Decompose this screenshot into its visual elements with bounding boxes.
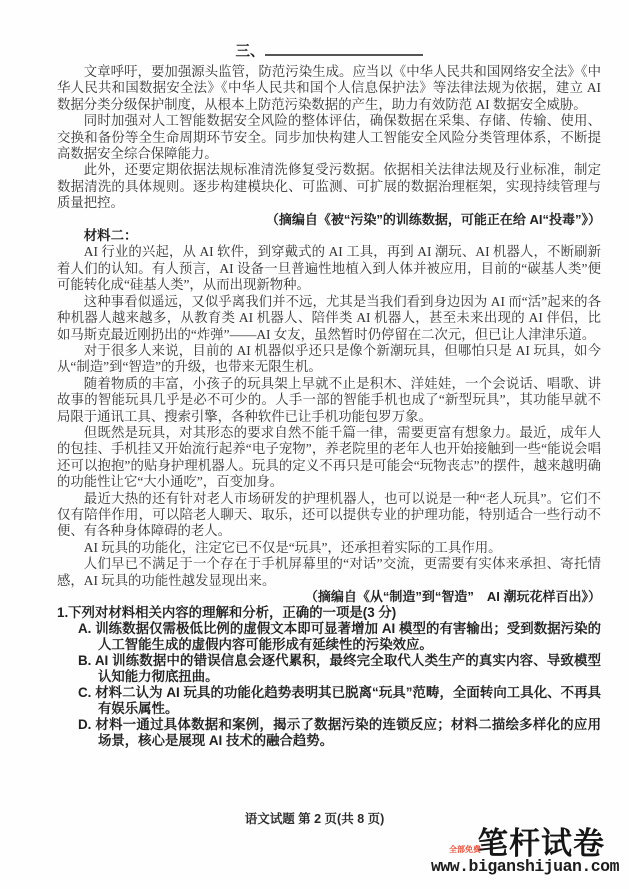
watermark-free-label: 全部免费 <box>449 844 481 855</box>
option-label: D. <box>78 717 91 732</box>
option-text: AI 训练数据中的错误信息会逐代累积，最终完全取代人类生产的真实内容、导致模型认… <box>95 653 601 684</box>
section-number: 三、 <box>236 44 265 60</box>
material-two-citation: （摘编自《从“制造”到“智造” AI 潮玩花样百出》） <box>57 589 601 605</box>
option-label: B. <box>78 653 91 668</box>
section-blank-line <box>265 42 423 56</box>
option-label: C. <box>78 685 91 700</box>
option-text: 材料二认为 AI 玩具的功能化趋势表明其已脱离“玩具”范畴，全面转向工具化、不再… <box>95 685 601 716</box>
material-two-paragraph-8: 人们早已不满足于一个存在于手机屏幕里的“对话”交流，更需要有实体来承担、寄托情感… <box>57 556 601 589</box>
material-two-heading: 材料二： <box>57 228 601 244</box>
material-one-paragraph-2: 同时加强对人工智能数据安全风险的整体评估，确保数据在采集、存储、传输、使用、交换… <box>57 113 601 162</box>
option-text: 材料一通过具体数据和案例，揭示了数据污染的连锁反应；材料二描绘多样化的应用场景，… <box>95 717 601 748</box>
option-text: 训练数据仅需极低比例的虚假文本即可显著增加 AI 模型的有害输出；受到数据污染的… <box>95 621 601 652</box>
watermark-url: www.biganshijuan.com <box>431 858 619 877</box>
material-one: 文章呼吁，要加强源头监管，防范污染生成。应当以《中华人民共和国网络安全法》《中华… <box>57 64 601 228</box>
question-1-option-b: B. AI 训练数据中的错误信息会逐代累积，最终完全取代人类生产的真实内容、导致… <box>57 653 601 685</box>
watermark-brand: 笔杆试卷 <box>477 829 605 858</box>
section-heading: 三、 <box>57 42 601 61</box>
question-1-option-a: A. 训练数据仅需极低比例的虚假文本即可显著增加 AI 模型的有害输出；受到数据… <box>57 621 601 653</box>
question-1: 1.下列对材料相关内容的理解和分析，正确的一项是(3 分) A. 训练数据仅需极… <box>57 605 601 748</box>
material-two-paragraph-3: 对于很多人来说，目前的 AI 机器似乎还只是像个新潮玩具，但哪怕只是 AI 玩具… <box>57 343 601 376</box>
material-two-paragraph-5: 但既然是玩具，对其形态的要求自然不能千篇一律，需要更富有想象力。最近，成年人的包… <box>57 425 601 491</box>
option-label: A. <box>78 621 91 636</box>
material-two-paragraph-2: 这种事看似遥远，又似乎离我们并不远，尤其是当我们看到身边因为 AI 而“活”起来… <box>57 294 601 343</box>
material-two-paragraph-7: AI 玩具的功能化，注定它已不仅是“玩具”，还承担着实际的工具作用。 <box>57 540 601 556</box>
watermark-brand-row: 全部免费 笔杆试卷 <box>431 829 619 858</box>
material-two-paragraph-4: 随着物质的丰富，小孩子的玩具架上早就不止是积木、洋娃娃，一个会说话、唱歌、讲故事… <box>57 376 601 425</box>
material-one-paragraph-3: 此外，还要定期依据法规标准清洗修复受污数据。依据相关法律法规及行业标准，制定数据… <box>57 162 601 211</box>
exam-page: 三、 文章呼吁，要加强源头监管，防范污染生成。应当以《中华人民共和国网络安全法》… <box>0 0 629 889</box>
material-one-paragraph-1: 文章呼吁，要加强源头监管，防范污染生成。应当以《中华人民共和国网络安全法》《中华… <box>57 64 601 113</box>
material-one-citation: （摘编自《被“污染”的训练数据，可能正在给 AI“投毒”》） <box>57 212 601 228</box>
page-footer: 语文试题 第 2 页(共 8 页) <box>0 809 629 827</box>
watermark: 全部免费 笔杆试卷 www.biganshijuan.com <box>431 829 619 877</box>
material-two: 材料二： AI 行业的兴起，从 AI 软件，到穿戴式的 AI 工具，再到 AI … <box>57 228 601 605</box>
material-two-paragraph-6: 最近大热的还有针对老人市场研发的护理机器人，也可以说是一种“老人玩具”。它们不仅… <box>57 491 601 540</box>
question-1-stem: 1.下列对材料相关内容的理解和分析，正确的一项是(3 分) <box>57 605 601 621</box>
question-1-option-c: C. 材料二认为 AI 玩具的功能化趋势表明其已脱离“玩具”范畴，全面转向工具化… <box>57 685 601 717</box>
material-two-paragraph-1: AI 行业的兴起，从 AI 软件，到穿戴式的 AI 工具，再到 AI 潮玩、AI… <box>57 244 601 293</box>
page-content: 三、 文章呼吁，要加强源头监管，防范污染生成。应当以《中华人民共和国网络安全法》… <box>57 42 601 749</box>
question-1-option-d: D. 材料一通过具体数据和案例，揭示了数据污染的连锁反应；材料二描绘多样化的应用… <box>57 717 601 749</box>
